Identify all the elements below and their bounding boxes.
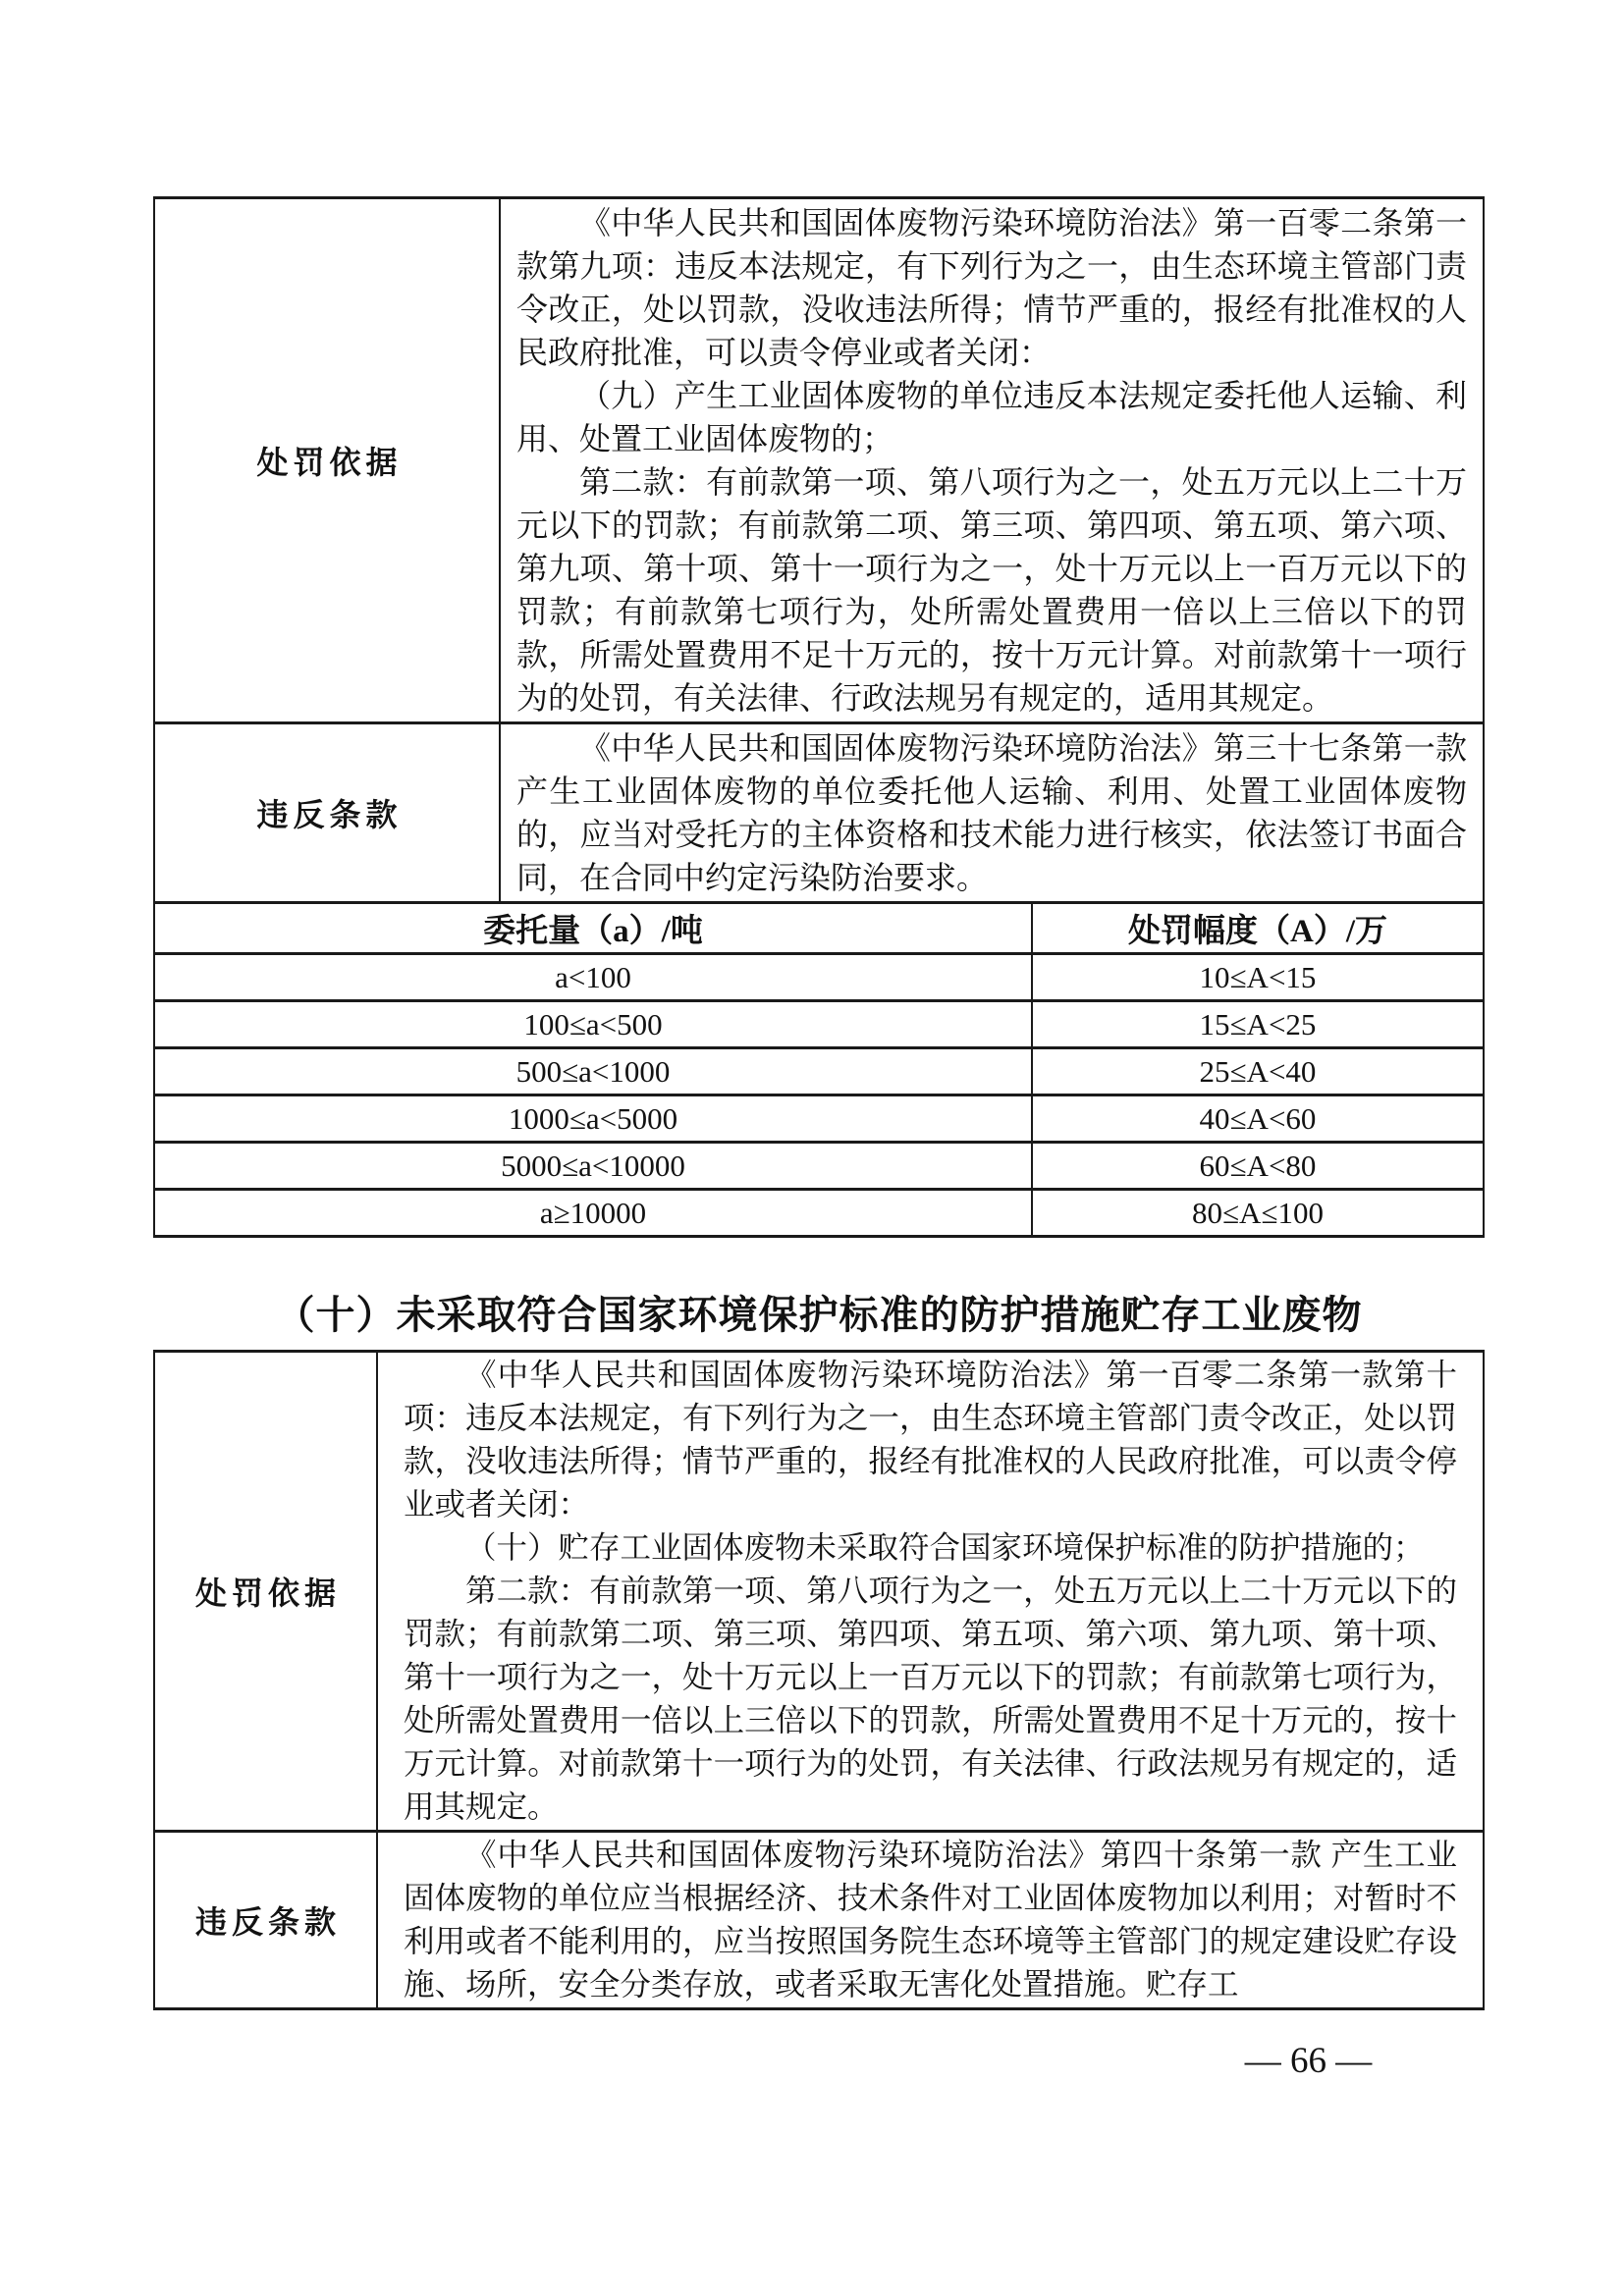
subtable-row: a≥10000 80≤A≤100 [155, 1188, 1483, 1235]
penalty-table-1: 处罚依据 《中华人民共和国固体废物污染环境防治法》第一百零二条第一款第九项：违反… [153, 196, 1485, 1238]
violated-clause-text: 《中华人民共和国固体废物污染环境防治法》第四十条第一款 产生工业固体废物的单位应… [378, 1833, 1483, 2007]
penalty-range-value: 25≤A<40 [1033, 1049, 1483, 1094]
page-number: — 66 — [1218, 2040, 1399, 2082]
legal-paragraph: 第二款：有前款第一项、第八项行为之一，处五万元以上二十万元以下的罚款；有前款第二… [516, 460, 1467, 720]
table-row: 违反条款 《中华人民共和国固体废物污染环境防治法》第三十七条第一款 产生工业固体… [155, 721, 1483, 901]
legal-paragraph: 第二款：有前款第一项、第八项行为之一，处五万元以上二十万元以下的罚款；有前款第二… [404, 1570, 1457, 1829]
legal-paragraph: （十）贮存工业固体废物未采取符合国家环境保护标准的防护措施的； [404, 1526, 1457, 1570]
subtable-row: 500≤a<1000 25≤A<40 [155, 1046, 1483, 1094]
section-heading: （十）未采取符合国家环境保护标准的防护措施贮存工业废物 [153, 1289, 1485, 1342]
document-page: { "section_heading": "（十）未采取符合国家环境保护标准的防… [0, 0, 1624, 2296]
subtable-row: a<100 10≤A<15 [155, 952, 1483, 999]
legal-paragraph: 《中华人民共和国固体废物污染环境防治法》第三十七条第一款 产生工业固体废物的单位… [516, 726, 1467, 899]
penalty-range-value: 80≤A≤100 [1033, 1191, 1483, 1235]
legal-paragraph: （九）产生工业固体废物的单位违反本法规定委托他人运输、利用、处置工业固体废物的； [516, 374, 1467, 460]
penalty-range-value: 10≤A<15 [1033, 955, 1483, 999]
legal-paragraph: 《中华人民共和国固体废物污染环境防治法》第四十条第一款 产生工业固体废物的单位应… [404, 1834, 1457, 2006]
penalty-range-value: 40≤A<60 [1033, 1096, 1483, 1141]
penalty-table-2: 处罚依据 《中华人民共和国固体废物污染环境防治法》第一百零二条第一款第十项：违反… [153, 1350, 1485, 2010]
penalty-basis-text: 《中华人民共和国固体废物污染环境防治法》第一百零二条第一款第九项：违反本法规定，… [501, 199, 1483, 721]
subtable-header-row: 委托量（a）/吨 处罚幅度（A）/万 [155, 901, 1483, 952]
commission-amount-value: 100≤a<500 [155, 1002, 1033, 1046]
table-row: 处罚依据 《中华人民共和国固体废物污染环境防治法》第一百零二条第一款第九项：违反… [155, 199, 1483, 721]
violated-clause-label: 违反条款 [155, 1833, 378, 2007]
penalty-range-header: 处罚幅度（A）/万 [1033, 904, 1483, 952]
penalty-range-value: 60≤A<80 [1033, 1144, 1483, 1188]
violated-clause-text: 《中华人民共和国固体废物污染环境防治法》第三十七条第一款 产生工业固体废物的单位… [501, 724, 1483, 901]
violated-clause-label: 违反条款 [155, 724, 501, 901]
commission-amount-header: 委托量（a）/吨 [155, 904, 1033, 952]
subtable-row: 1000≤a<5000 40≤A<60 [155, 1094, 1483, 1141]
commission-amount-value: a≥10000 [155, 1191, 1033, 1235]
subtable-row: 100≤a<500 15≤A<25 [155, 999, 1483, 1046]
subtable-row: 5000≤a<10000 60≤A<80 [155, 1141, 1483, 1188]
commission-amount-value: 1000≤a<5000 [155, 1096, 1033, 1141]
document-content: 处罚依据 《中华人民共和国固体废物污染环境防治法》第一百零二条第一款第九项：违反… [153, 196, 1485, 2010]
legal-paragraph: 《中华人民共和国固体废物污染环境防治法》第一百零二条第一款第九项：违反本法规定，… [516, 201, 1467, 374]
table-row: 违反条款 《中华人民共和国固体废物污染环境防治法》第四十条第一款 产生工业固体废… [155, 1830, 1483, 2007]
table-row: 处罚依据 《中华人民共和国固体废物污染环境防治法》第一百零二条第一款第十项：违反… [155, 1353, 1483, 1830]
penalty-basis-text: 《中华人民共和国固体废物污染环境防治法》第一百零二条第一款第十项：违反本法规定，… [378, 1353, 1483, 1830]
penalty-basis-label: 处罚依据 [155, 1353, 378, 1830]
commission-amount-value: 5000≤a<10000 [155, 1144, 1033, 1188]
commission-amount-value: a<100 [155, 955, 1033, 999]
legal-paragraph: 《中华人民共和国固体废物污染环境防治法》第一百零二条第一款第十项：违反本法规定，… [404, 1354, 1457, 1526]
penalty-range-value: 15≤A<25 [1033, 1002, 1483, 1046]
commission-amount-value: 500≤a<1000 [155, 1049, 1033, 1094]
penalty-basis-label: 处罚依据 [155, 199, 501, 721]
